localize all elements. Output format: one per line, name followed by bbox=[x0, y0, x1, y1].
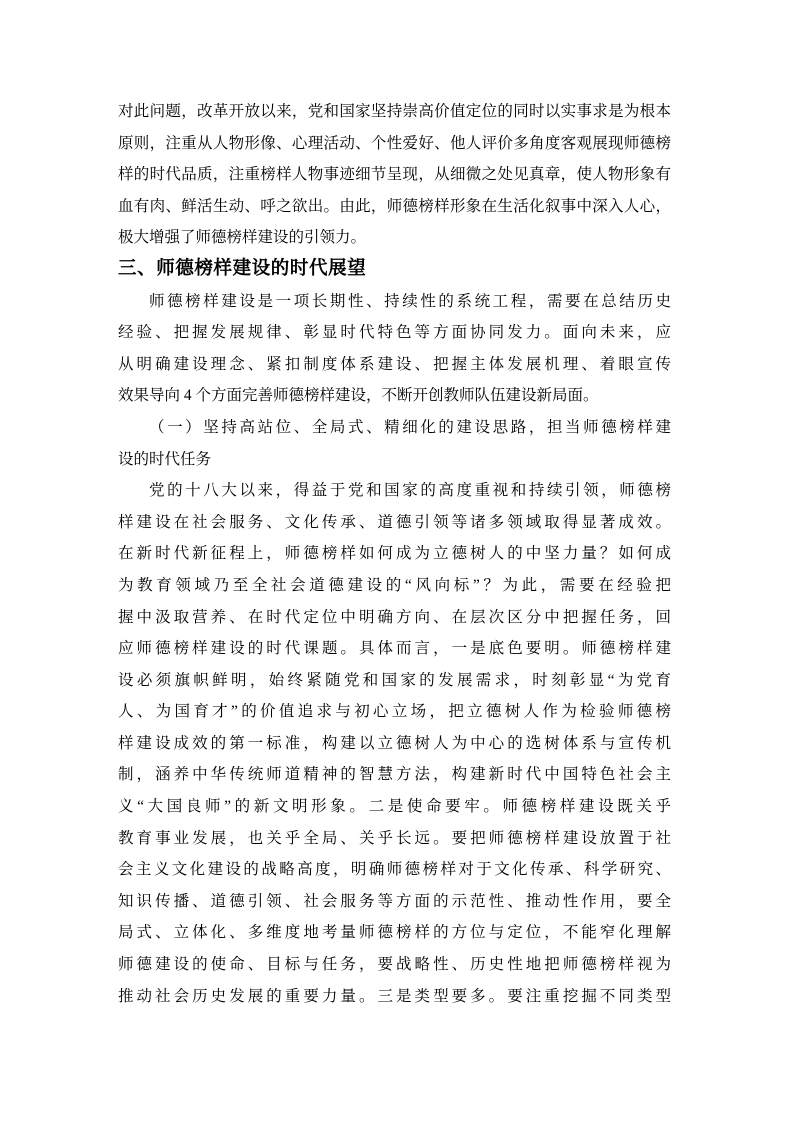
text-line: 握中汲取营养、在时代定位中明确方向、在层次区分中把握任务，回 bbox=[118, 602, 671, 634]
text-line: 党的十八大以来，得益于党和国家的高度重视和持续引领，师德榜 bbox=[118, 475, 671, 507]
text-line: 从明确建设理念、紧扣制度体系建设、把握主体发展机理、着眼宣传 bbox=[118, 349, 671, 381]
text-line: 应师德榜样建设的时代课题。具体而言，一是底色要明。师德榜样建 bbox=[118, 633, 671, 665]
text-line: 经验、把握发展规律、彰显时代特色等方面协同发力。面向未来，应 bbox=[118, 317, 671, 349]
text-line: 极大增强了师德榜样建设的引领力。 bbox=[118, 222, 671, 254]
text-line: 设必须旗帜鲜明，始终紧随党和国家的发展需求，时刻彰显“为党育 bbox=[118, 665, 671, 697]
text-line: 效果导向 4 个方面完善师德榜样建设，不断开创教师队伍建设新局面。 bbox=[118, 380, 671, 412]
body-paragraph: 师德榜样建设是一项长期性、持续性的系统工程，需要在总结历史经验、把握发展规律、彰… bbox=[118, 286, 671, 412]
text-line: 师德建设的使命、目标与任务，要战略性、历史性地把师德榜样视为 bbox=[118, 949, 671, 981]
text-line: 义“大国良师”的新文明形象。二是使命要牢。师德榜样建设既关乎 bbox=[118, 791, 671, 823]
text-line: 血有肉、鲜活生动、呼之欲出。由此，师德榜样形象在生活化叙事中深入人心， bbox=[118, 191, 671, 223]
text-line: 教育事业发展，也关乎全局、关乎长远。要把师德榜样建设放置于社 bbox=[118, 823, 671, 855]
text-line: 局式、立体化、多维度地考量师德榜样的方位与定位，不能窄化理解 bbox=[118, 917, 671, 949]
text-line: 推动社会历史发展的重要力量。三是类型要多。要注重挖掘不同类型 bbox=[118, 981, 671, 1013]
text-line: 样建设成效的第一标准，构建以立德树人为中心的选树体系与宣传机 bbox=[118, 728, 671, 760]
text-line: 设的时代任务 bbox=[118, 444, 671, 476]
heading-text-line: 三、师德榜样建设的时代展望 bbox=[118, 254, 671, 286]
text-line: 人、为国育才”的价值追求与初心立场，把立德树人作为检验师德榜 bbox=[118, 696, 671, 728]
text-line: 对此问题，改革开放以来，党和国家坚持崇高价值定位的同时以实事求是为根本 bbox=[118, 96, 671, 128]
text-line: 样的时代品质，注重榜样人物事迹细节呈现，从细微之处见真章，使人物形象有 bbox=[118, 159, 671, 191]
text-line: 在新时代新征程上，师德榜样如何成为立德树人的中坚力量？如何成 bbox=[118, 538, 671, 570]
text-line: 知识传播、道德引领、社会服务等方面的示范性、推动性作用，要全 bbox=[118, 886, 671, 918]
text-line: 师德榜样建设是一项长期性、持续性的系统工程，需要在总结历史 bbox=[118, 286, 671, 318]
body-paragraph: 党的十八大以来，得益于党和国家的高度重视和持续引领，师德榜样建设在社会服务、文化… bbox=[118, 475, 671, 1012]
text-line: 制，涵养中华传统师道精神的智慧方法，构建新时代中国特色社会主 bbox=[118, 759, 671, 791]
text-line: 样建设在社会服务、文化传承、道德引领等诸多领域取得显著成效。 bbox=[118, 507, 671, 539]
text-line: 会主义文化建设的战略高度，明确师德榜样对于文化传承、科学研究、 bbox=[118, 854, 671, 886]
text-line: （一）坚持高站位、全局式、精细化的建设思路，担当师德榜样建 bbox=[118, 412, 671, 444]
subsection-heading: （一）坚持高站位、全局式、精细化的建设思路，担当师德榜样建设的时代任务 bbox=[118, 412, 671, 475]
section-heading: 三、师德榜样建设的时代展望 bbox=[118, 254, 671, 286]
continued-paragraph: 对此问题，改革开放以来，党和国家坚持崇高价值定位的同时以实事求是为根本原则，注重… bbox=[118, 96, 671, 254]
text-line: 为教育领域乃至全社会道德建设的“风向标”？为此，需要在经验把 bbox=[118, 570, 671, 602]
document-page: 对此问题，改革开放以来，党和国家坚持崇高价值定位的同时以实事求是为根本原则，注重… bbox=[0, 0, 793, 1122]
page-content: 对此问题，改革开放以来，党和国家坚持崇高价值定位的同时以实事求是为根本原则，注重… bbox=[118, 96, 671, 1012]
text-line: 原则，注重从人物形像、心理活动、个性爱好、他人评价多角度客观展现师德榜 bbox=[118, 128, 671, 160]
